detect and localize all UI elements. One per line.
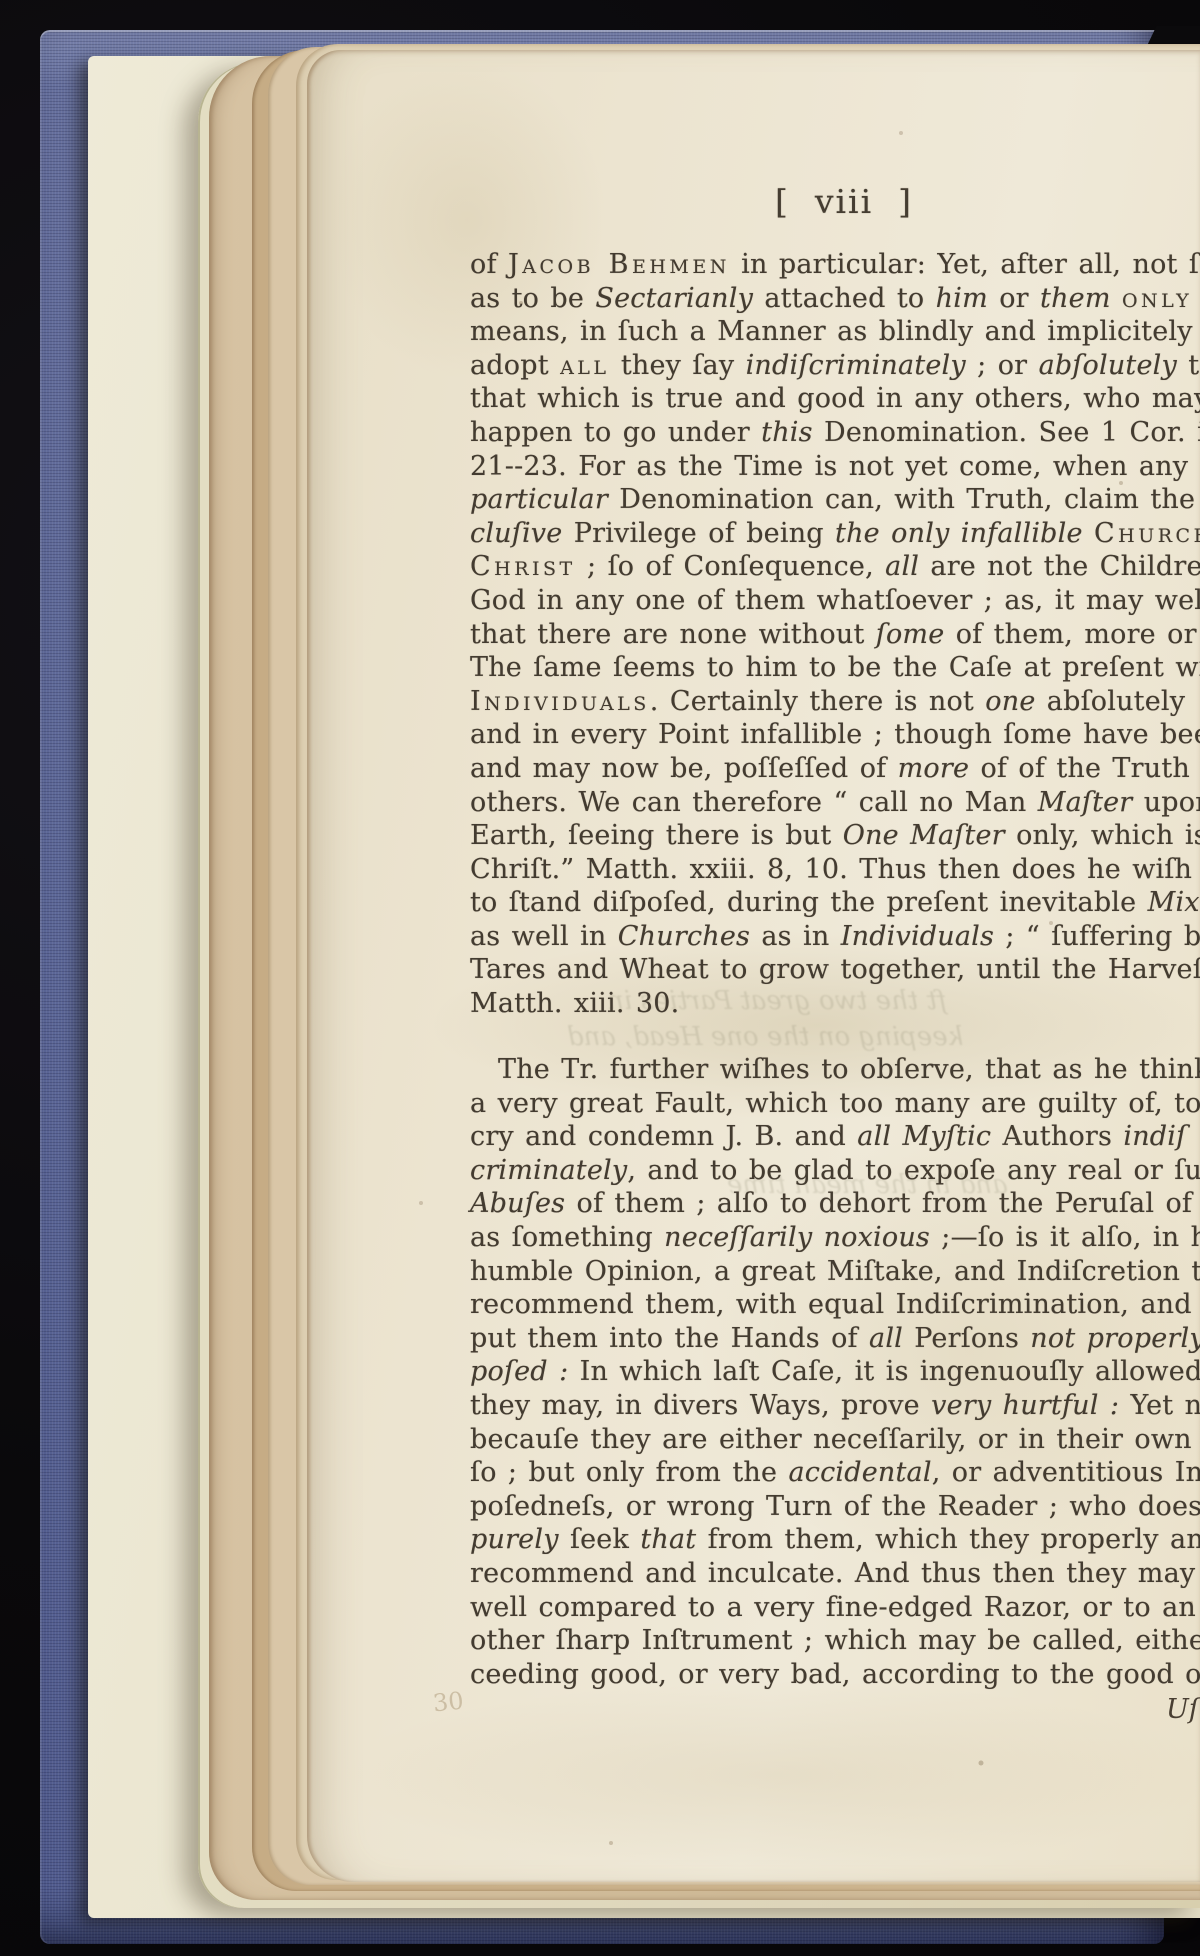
text-line: that which is true and good in any other… xyxy=(470,382,1200,416)
text-line: Abuſes of them ; alſo to dehort from the… xyxy=(470,1187,1200,1221)
faint-margin-mark: 30 xyxy=(432,1686,465,1717)
text-line: they may, in divers Ways, prove very hur… xyxy=(470,1389,1200,1423)
text-line: purely ſeek that from them, which they p… xyxy=(470,1523,1200,1557)
book-page: ft the two great Parties inkeeping on th… xyxy=(307,50,1200,1882)
text-line: and may now be, poſſeſſed of more of of … xyxy=(470,752,1200,786)
paragraph-2: The Tr. further wiſhes to obſerve, that … xyxy=(470,1053,1200,1691)
text-line: recommend them, with equal Indiſcriminat… xyxy=(470,1288,1200,1322)
text-line: ceeding good, or very bad, according to … xyxy=(470,1658,1200,1692)
text-line: cry and condemn J. B. and all Myſtic Aut… xyxy=(470,1120,1200,1154)
text-line: as ſomething neceſſarily noxious ;—ſo is… xyxy=(470,1221,1200,1255)
text-line: poſedneſs, or wrong Turn of the Reader ;… xyxy=(470,1490,1200,1524)
text-line: God in any one of them whatſoever ; as, … xyxy=(470,584,1200,618)
text-line: The Tr. further wiſhes to obſerve, that … xyxy=(470,1053,1200,1087)
text-line: ſo ; but only from the accidental, or ad… xyxy=(470,1456,1200,1490)
paper-specks xyxy=(307,50,309,52)
text-line: Matth. xiii. 30. xyxy=(470,987,1200,1021)
text-line: Chriſt.” Matth. xxiii. 8, 10. Thus then … xyxy=(470,853,1200,887)
text-line: The ſame ſeems to him to be the Caſe at … xyxy=(470,651,1200,685)
text-line: means, in ſuch a Manner as blindly and i… xyxy=(470,315,1200,349)
page-number-header: [ viii ] xyxy=(775,182,1200,221)
bleedthrough-line: keeping on the one Head, and xyxy=(567,1022,963,1052)
text-line: other ſharp Inſtrument ; which may be ca… xyxy=(470,1624,1200,1658)
text-line: of Jacob Behmen in particular: Yet, afte… xyxy=(470,248,1200,282)
text-line: recommend and inculcate. And thus then t… xyxy=(470,1557,1200,1591)
paragraph-1: of Jacob Behmen in particular: Yet, afte… xyxy=(470,248,1200,1021)
text-line: Earth, ſeeing there is but One Maſter on… xyxy=(470,819,1200,853)
text-line: cluſive Privilege of being the only infa… xyxy=(470,517,1200,551)
text-line: poſed : In which laſt Caſe, it is ingenu… xyxy=(470,1355,1200,1389)
text-line: particular Denomination can, with Truth,… xyxy=(470,483,1200,517)
text-line: and in every Point infallible ; though ſ… xyxy=(470,718,1200,752)
text-line: others. We can therefore “ call no Man M… xyxy=(470,786,1200,820)
text-line: humble Opinion, a great Miſtake, and Ind… xyxy=(470,1255,1200,1289)
text-line: criminately, and to be glad to expoſe an… xyxy=(470,1154,1200,1188)
page-stain xyxy=(337,1680,1200,1870)
text-line: put them into the Hands of all Perſons n… xyxy=(470,1322,1200,1356)
text-line: Individuals. Certainly there is not one … xyxy=(470,685,1200,719)
text-line: as to be Sectarianly attached to him or … xyxy=(470,282,1200,316)
text-line: adopt all they ſay indiſcriminately ; or… xyxy=(470,349,1200,383)
text-line: that there are none without ſome of them… xyxy=(470,618,1200,652)
catchword: Uſ xyxy=(1166,1694,1199,1725)
text-line: 21--23. For as the Time is not yet come,… xyxy=(470,450,1200,484)
text-line: well compared to a very fine-edged Razor… xyxy=(470,1591,1200,1625)
text-line: happen to go under this Denomination. Se… xyxy=(470,416,1200,450)
text-line: a very great Fault, which too many are g… xyxy=(470,1087,1200,1121)
text-line: as well in Churches as in Individuals ; … xyxy=(470,920,1200,954)
text-line: to ſtand diſpoſed, during the preſent in… xyxy=(470,886,1200,920)
text-line: Tares and Wheat to grow together, until … xyxy=(470,953,1200,987)
text-line: becauſe they are either neceſſarily, or … xyxy=(470,1423,1200,1457)
text-line: Christ ; ſo of Conſequence, all are not … xyxy=(470,550,1200,584)
photo-of-book: { "photo": { "description": "scanned pag… xyxy=(0,0,1200,1956)
